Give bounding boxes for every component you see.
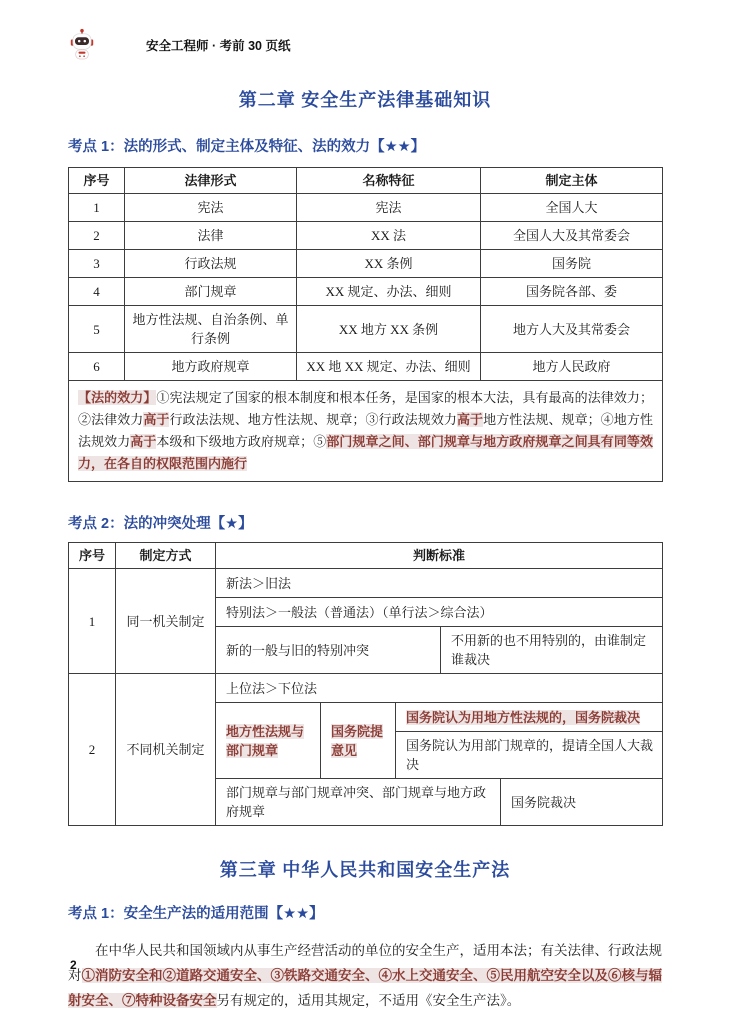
highlighted-text: 高于: [143, 412, 169, 427]
table-cell: 4: [69, 278, 125, 306]
table-row: 3行政法规XX 条例国务院: [69, 250, 663, 278]
table-cell: 同一机关制定: [116, 569, 216, 674]
col-header: 制定主体: [481, 168, 663, 194]
table-cell: 部门规章: [125, 278, 297, 306]
table-cell: 上位法＞下位法: [216, 674, 663, 703]
col-header: 制定方式: [116, 543, 216, 569]
table-cell: 行政法规: [125, 250, 297, 278]
table-row: 1宪法宪法全国人大: [69, 194, 663, 222]
table-cell: 宪法: [297, 194, 481, 222]
highlighted-text: 国务院认为用地方性法规的，国务院裁决: [406, 710, 640, 725]
table-cell: 不用新的也不用特别的，由谁制定谁裁决: [441, 627, 663, 674]
scope-paragraph: 在中华人民共和国领域内从事生产经营活动的单位的安全生产，适用本法；有关法律、行政…: [68, 938, 662, 1013]
kaodian2-heading: 考点 2：法的冲突处理【★】: [68, 512, 662, 533]
table-cell: XX 规定、办法、细则: [297, 278, 481, 306]
table-cell: 地方性法规、自治条例、单行条例: [125, 306, 297, 353]
chapter3-kaodian1-heading: 考点 1：安全生产法的适用范围【★★】: [68, 902, 662, 923]
page-header: 安全工程师 · 考前 30 页纸: [68, 28, 662, 62]
text-segment: 另有规定的，适用其规定，不适用《安全生产法》。: [217, 993, 521, 1008]
table-cell: 3: [69, 250, 125, 278]
highlighted-text: 高于: [457, 412, 483, 427]
brand-text: 安全工程师 · 考前 30 页纸: [146, 36, 290, 54]
col-header: 名称特征: [297, 168, 481, 194]
kaodian1-heading: 考点 1：法的形式、制定主体及特征、法的效力【★★】: [68, 135, 662, 156]
col-header: 序号: [69, 543, 116, 569]
text-segment: 行政法法规、地方性法规、规章；③行政法规效力: [169, 412, 457, 427]
robot-logo-icon: [68, 28, 96, 62]
table-cell: 特别法＞一般法（普通法）（单行法＞综合法）: [216, 598, 663, 627]
table-cell: 1: [69, 194, 125, 222]
table-cell: XX 地方 XX 条例: [297, 306, 481, 353]
table-cell: 国务院认为用部门规章的，提请全国人大裁决: [396, 732, 663, 779]
table-cell: 地方人大及其常委会: [481, 306, 663, 353]
table-cell: 新法＞旧法: [216, 569, 663, 598]
text-segment: 本级和下级地方政府规章；⑤: [156, 434, 326, 449]
table-cell: 法律: [125, 222, 297, 250]
table-cell: XX 地 XX 规定、办法、细则: [297, 353, 481, 381]
page-content: 安全工程师 · 考前 30 页纸 第二章 安全生产法律基础知识 考点 1：法的形…: [0, 0, 730, 1013]
table-cell: 国务院各部、委: [481, 278, 663, 306]
table-cell: 全国人大及其常委会: [481, 222, 663, 250]
chapter2-title: 第二章 安全生产法律基础知识: [68, 86, 662, 112]
law-forms-table: 序号 法律形式 名称特征 制定主体 1宪法宪法全国人大2法律XX 法全国人大及其…: [68, 167, 663, 482]
table-cell: 全国人大: [481, 194, 663, 222]
table-header-row: 序号 制定方式 判断标准: [69, 543, 663, 569]
effect-note: 【法的效力】①宪法规定了国家的根本制度和根本任务，是国家的根本大法，具有最高的法…: [69, 381, 663, 482]
table-row: 2法律XX 法全国人大及其常委会: [69, 222, 663, 250]
table-cell: 6: [69, 353, 125, 381]
document-page: 安全工程师 · 考前 30 页纸 第二章 安全生产法律基础知识 考点 1：法的形…: [0, 0, 730, 1024]
conflict-table: 序号 制定方式 判断标准 1 同一机关制定 新法＞旧法 特别法＞一般法（普通法）…: [68, 542, 663, 826]
table-cell: 国务院认为用地方性法规的，国务院裁决: [396, 703, 663, 732]
highlighted-text: 地方性法规与部门规章: [226, 724, 304, 758]
table-cell: 地方人民政府: [481, 353, 663, 381]
table-cell: 国务院裁决: [501, 779, 663, 826]
highlighted-text: 高于: [130, 434, 156, 449]
table-cell: 地方政府规章: [125, 353, 297, 381]
effect-note-row: 【法的效力】①宪法规定了国家的根本制度和根本任务，是国家的根本大法，具有最高的法…: [69, 381, 663, 482]
table-cell: 地方性法规与部门规章: [216, 703, 321, 779]
table-cell: 不同机关制定: [116, 674, 216, 826]
col-header: 序号: [69, 168, 125, 194]
table-cell: 2: [69, 222, 125, 250]
table-row: 6地方政府规章XX 地 XX 规定、办法、细则地方人民政府: [69, 353, 663, 381]
table-row: 2 不同机关制定 上位法＞下位法: [69, 674, 663, 703]
table-cell: 2: [69, 674, 116, 826]
table-cell: 新的一般与旧的特别冲突: [216, 627, 441, 674]
table-cell: 5: [69, 306, 125, 353]
table-cell: 国务院: [481, 250, 663, 278]
col-header: 判断标准: [216, 543, 663, 569]
table-cell: XX 法: [297, 222, 481, 250]
highlighted-text: 国务院提意见: [331, 724, 383, 758]
highlighted-text: 【法的效力】: [78, 390, 156, 405]
col-header: 法律形式: [125, 168, 297, 194]
table-cell: 国务院提意见: [321, 703, 396, 779]
table-row: 5地方性法规、自治条例、单行条例XX 地方 XX 条例地方人大及其常委会: [69, 306, 663, 353]
table-row: 1 同一机关制定 新法＞旧法: [69, 569, 663, 598]
chapter3-title: 第三章 中华人民共和国安全生产法: [68, 856, 662, 882]
table-cell: 宪法: [125, 194, 297, 222]
table-cell: 部门规章与部门规章冲突、部门规章与地方政府规章: [216, 779, 501, 826]
table-cell: 1: [69, 569, 116, 674]
table-row: 4部门规章XX 规定、办法、细则国务院各部、委: [69, 278, 663, 306]
page-number: 2: [70, 958, 77, 972]
table-header-row: 序号 法律形式 名称特征 制定主体: [69, 168, 663, 194]
table-cell: XX 条例: [297, 250, 481, 278]
